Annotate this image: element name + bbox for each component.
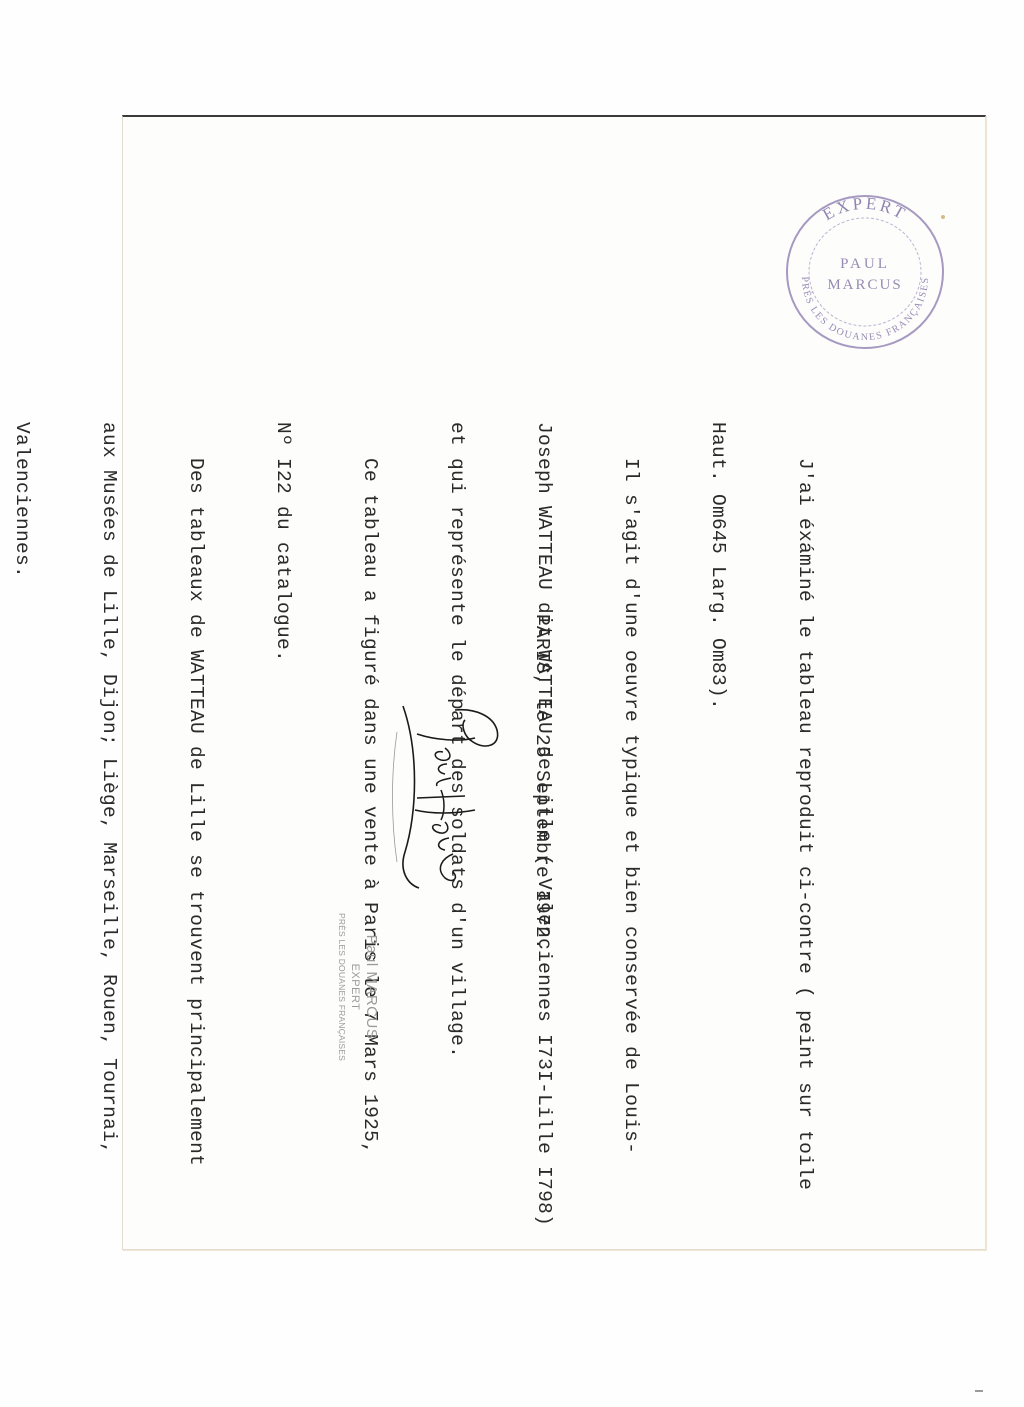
body-line: Ce tableau a figuré dans une vente à Par… — [355, 422, 384, 1222]
stamp-top-text: EXPERT — [819, 194, 910, 224]
letterhead-stamp: Paul MARCUS EXPERT PRÈS LES DOUANES FRAN… — [336, 887, 380, 1087]
body-line: Haut. Om645 Larg. Om83). — [703, 422, 732, 1222]
expert-round-stamp: EXPERT PRÈS LES DOUANES FRANÇAISES PAUL … — [785, 187, 945, 357]
letterhead-name: Paul MARCUS — [362, 887, 380, 1087]
letterhead-title: EXPERT — [348, 887, 362, 1087]
body-line: Il s'agit d'une oeuvre typique et bien c… — [616, 422, 645, 1222]
body-line: J'ai éxáminé le tableau reproduit ci-con… — [790, 422, 819, 1222]
rotated-content: EXPERT PRÈS LES DOUANES FRANÇAISES PAUL … — [123, 117, 985, 1249]
scan-mark — [975, 1390, 983, 1392]
body-line: Des tableaux de WATTEAU de Lille se trou… — [181, 422, 210, 1222]
handwritten-signature — [385, 702, 515, 892]
certificate-card: EXPERT PRÈS LES DOUANES FRANÇAISES PAUL … — [122, 115, 986, 1250]
body-line: aux Musées de Lille, Dijon; Liège, Marse… — [94, 422, 123, 1222]
letterhead-subtitle: PRÈS LES DOUANES FRANÇAISES — [336, 887, 348, 1087]
stamp-center-line2: MARCUS — [827, 277, 902, 293]
svg-text:EXPERT: EXPERT — [819, 194, 910, 224]
stamp-center-line1: PAUL — [840, 256, 890, 272]
date-line: PARIS, le 25 Septembre I972. — [531, 614, 553, 950]
body-line: Valenciennes. — [7, 422, 36, 1222]
body-line: Nº I22 du catalogue. — [268, 422, 297, 1222]
